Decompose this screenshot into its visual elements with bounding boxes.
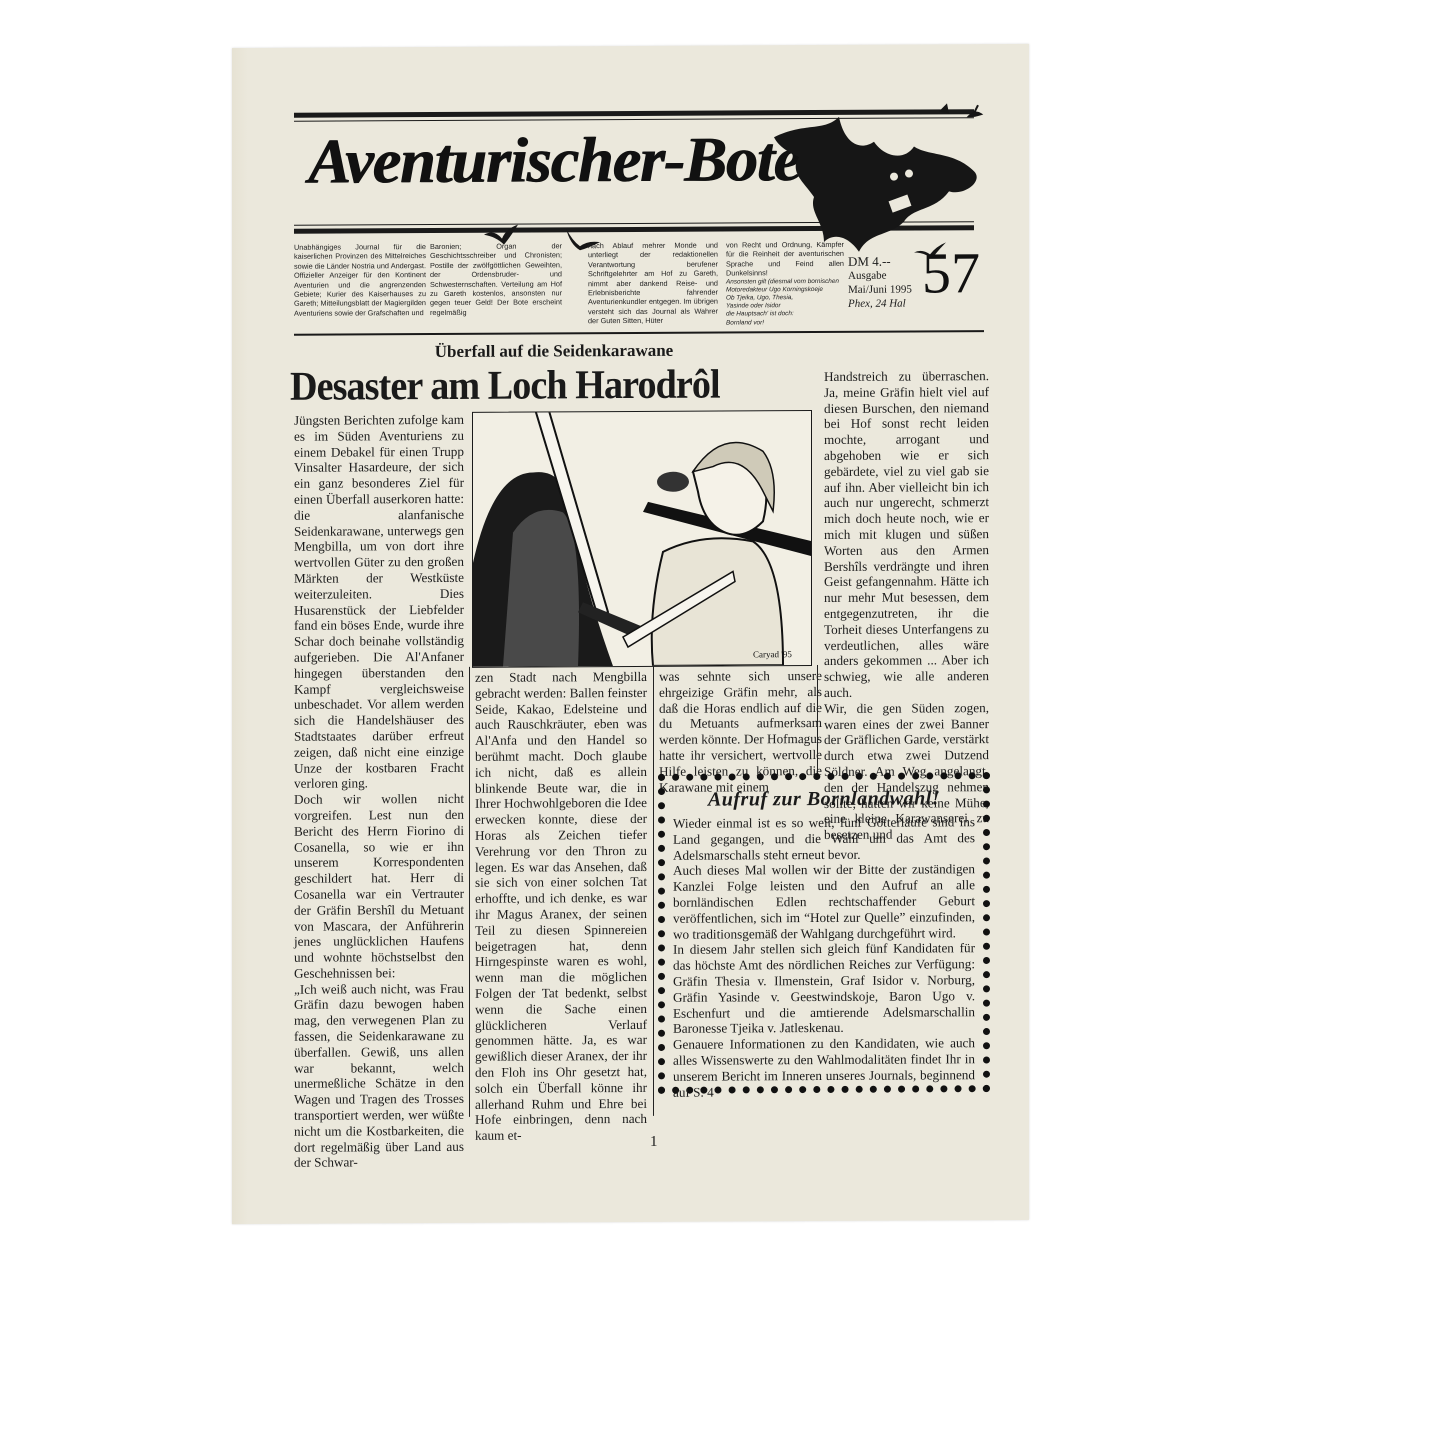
aventurian-date: Phex, 24 Hal	[848, 297, 912, 311]
page-number: 1	[650, 1134, 658, 1151]
article-column-2: zen Stadt nach Mengbilla gebracht werden…	[475, 669, 647, 1144]
column-divider	[653, 666, 654, 1116]
intro-italic-line: Ansonsten gilt (diesmal vom bornischen	[726, 278, 844, 287]
column-divider	[817, 665, 818, 775]
newspaper-page: Aventurischer-Bote Unabhängiges Journal …	[232, 44, 1029, 1224]
article-illustration: Caryad '95	[472, 410, 812, 668]
paragraph: Auch dieses Mal wollen wir der Bitte der…	[673, 862, 975, 943]
column-divider	[469, 667, 470, 1117]
intro-column-1: Unabhängiges Journal für die kaiserliche…	[294, 242, 426, 318]
divider	[294, 330, 984, 336]
price: DM 4.--	[848, 255, 912, 269]
masthead: Aventurischer-Bote	[294, 101, 974, 255]
intro-column-4: von Recht und Ordnung, Kämpfer für die R…	[726, 240, 844, 327]
intro-column-3: nach Ablauf mehrer Monde und unterliegt …	[588, 241, 718, 326]
paragraph: Doch wir wollen nicht vorgreifen. Lest n…	[294, 791, 464, 981]
notice-title: Aufruf zur Bornlandwahl!	[673, 787, 975, 812]
issue-date: Mai/Juni 1995	[848, 283, 912, 297]
intro-column-2: Baronien; Organ der Geschichtsschreiber …	[430, 241, 562, 317]
issue-label: Ausgabe	[848, 269, 912, 283]
paragraph: Jüngsten Berichten zufolge kam es im Süd…	[294, 412, 464, 792]
paragraph: Handstreich zu überraschen. Ja, meine Gr…	[824, 368, 989, 701]
bat-emblem-icon	[764, 101, 994, 262]
intro-italic-line: Bornland vor!	[726, 319, 844, 328]
article-headline: Desaster am Loch Harodrôl	[290, 359, 783, 410]
article-column-1: Jüngsten Berichten zufolge kam es im Süd…	[294, 412, 464, 1171]
svg-text:Caryad '95: Caryad '95	[753, 649, 792, 659]
paragraph: Wieder einmal ist es so weit, fünf Götte…	[673, 814, 975, 863]
issue-number: 57	[922, 244, 980, 302]
sword-fight-illustration-icon: Caryad '95	[473, 411, 811, 667]
notice-box: Aufruf zur Bornlandwahl! Wieder einmal i…	[658, 772, 990, 1094]
issue-info: DM 4.-- Ausgabe Mai/Juni 1995 Phex, 24 H…	[848, 255, 912, 311]
intro-text: von Recht und Ordnung, Kämpfer für die R…	[726, 240, 844, 278]
paragraph: Genauere Informationen zu den Kandidaten…	[673, 1035, 975, 1100]
newspaper-title: Aventurischer-Bote	[308, 122, 801, 199]
paragraph: In diesem Jahr stellen sich gleich fünf …	[673, 941, 975, 1037]
notice-body: Wieder einmal ist es so weit, fünf Götte…	[673, 814, 975, 1100]
paragraph: „Ich weiß auch nicht, was Frau Gräfin da…	[294, 981, 464, 1171]
